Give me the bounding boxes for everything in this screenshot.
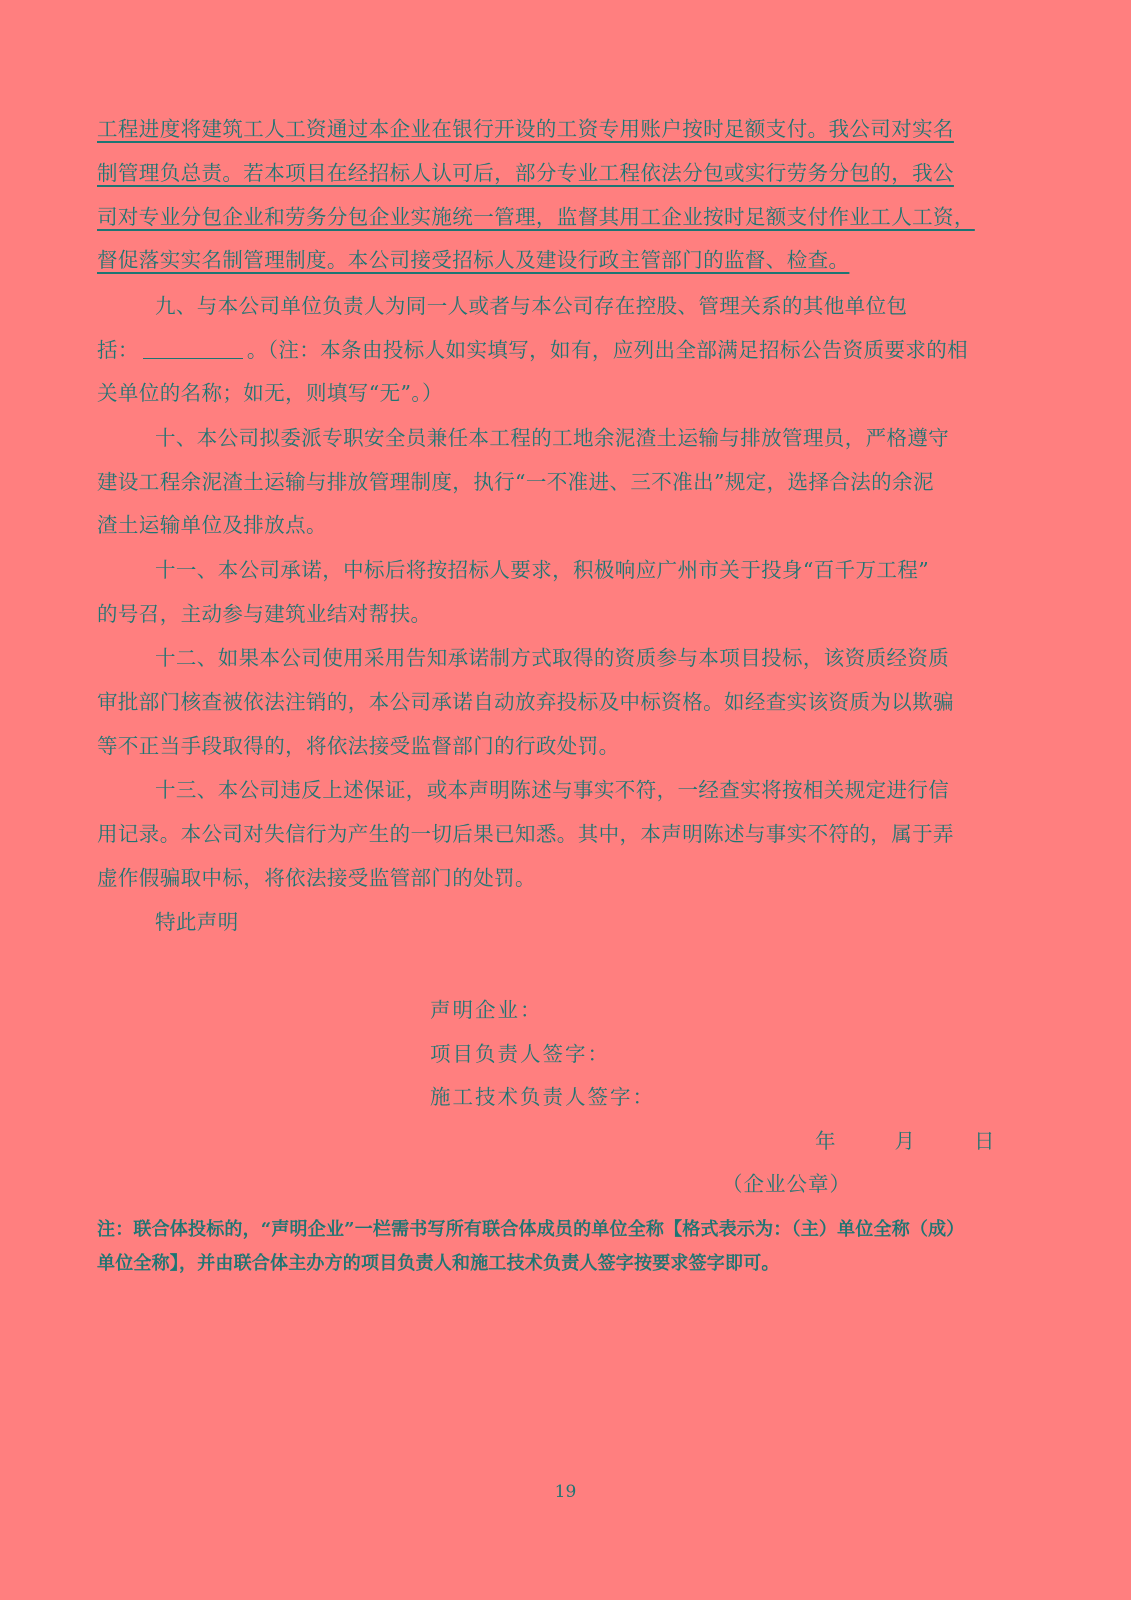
paragraph-12-line-3: 等不正当手段取得的，将依法接受监督部门的行政处罚。	[97, 729, 620, 759]
paragraph-12-line-1: 十二、如果本公司使用采用告知承诺制方式取得的资质参与本项目投标，该资质经资质	[155, 641, 949, 671]
company-seal-label: （企业公章）	[722, 1167, 851, 1197]
paragraph-13-line-3: 虚作假骗取中标，将依法接受监管部门的处罚。	[97, 861, 536, 891]
paragraph-8-line-2: 制管理负总责。若本项目在经招标人认可后，部分专业工程依法分包或实行劳务分包的，我…	[97, 156, 954, 186]
page-number: 19	[0, 1482, 1131, 1502]
paragraph-10-line-2: 建设工程余泥渣土运输与排放管理制度，执行“一不准进、三不准出”规定，选择合法的余…	[97, 465, 934, 495]
signature-date: 年 月 日	[815, 1124, 1001, 1154]
paragraph-10-line-1: 十、本公司拟委派专职安全员兼任本工程的工地余泥渣土运输与排放管理员，严格遵守	[155, 421, 949, 451]
paragraph-8-line-4: 督促落实实名制管理制度。本公司接受招标人及建设行政主管部门的监督、检查。	[97, 243, 849, 273]
paragraph-12-line-2: 审批部门核查被依法注销的，本公司承诺自动放弃投标及中标资格。如经查实该资质为以欺…	[97, 685, 954, 715]
signature-tech-leader-label: 施工技术负责人签字：	[430, 1080, 655, 1110]
paragraph-8-line-3: 司对专业分包企业和劳务分包企业实施统一管理，监督其用工企业按时足额支付作业工人工…	[97, 200, 975, 230]
closing-statement: 特此声明	[155, 905, 239, 935]
signature-company-label: 声明企业：	[430, 993, 543, 1023]
paragraph-9-line-2: 括：。（注：本条由投标人如实填写，如有，应列出全部满足招标公告资质要求的相	[97, 333, 968, 363]
fill-in-blank	[143, 342, 243, 359]
paragraph-11-line-2: 的号召，主动参与建筑业结对帮扶。	[97, 597, 431, 627]
paragraph-10-line-3: 渣土运输单位及排放点。	[97, 508, 327, 538]
paragraph-9-prefix: 括：	[97, 338, 139, 362]
paragraph-9-line-3: 关单位的名称；如无，则填写“无”。）	[97, 376, 443, 406]
paragraph-9-suffix: 。（注：本条由投标人如实填写，如有，应列出全部满足招标公告资质要求的相	[247, 338, 968, 362]
signature-project-leader-label: 项目负责人签字：	[430, 1037, 610, 1067]
paragraph-13-line-1: 十三、本公司违反上述保证，或本声明陈述与事实不符，一经查实将按相关规定进行信	[155, 773, 949, 803]
note-line-1: 注：联合体投标的，“声明企业”一栏需书写所有联合体成员的单位全称【格式表示为：（…	[97, 1215, 965, 1241]
note-line-2: 单位全称】，并由联合体主办方的项目负责人和施工技术负责人签字按要求签字即可。	[97, 1249, 780, 1275]
paragraph-9-line-1: 九、与本公司单位负责人为同一人或者与本公司存在控股、管理关系的其他单位包	[155, 289, 907, 319]
paragraph-8-line-1: 工程进度将建筑工人工资通过本企业在银行开设的工资专用账户按时足额支付。我公司对实…	[97, 112, 954, 142]
paragraph-11-line-1: 十一、本公司承诺，中标后将按招标人要求，积极响应广州市关于投身“百千万工程”	[155, 553, 929, 583]
paragraph-13-line-2: 用记录。本公司对失信行为产生的一切后果已知悉。其中，本声明陈述与事实不符的，属于…	[97, 817, 954, 847]
